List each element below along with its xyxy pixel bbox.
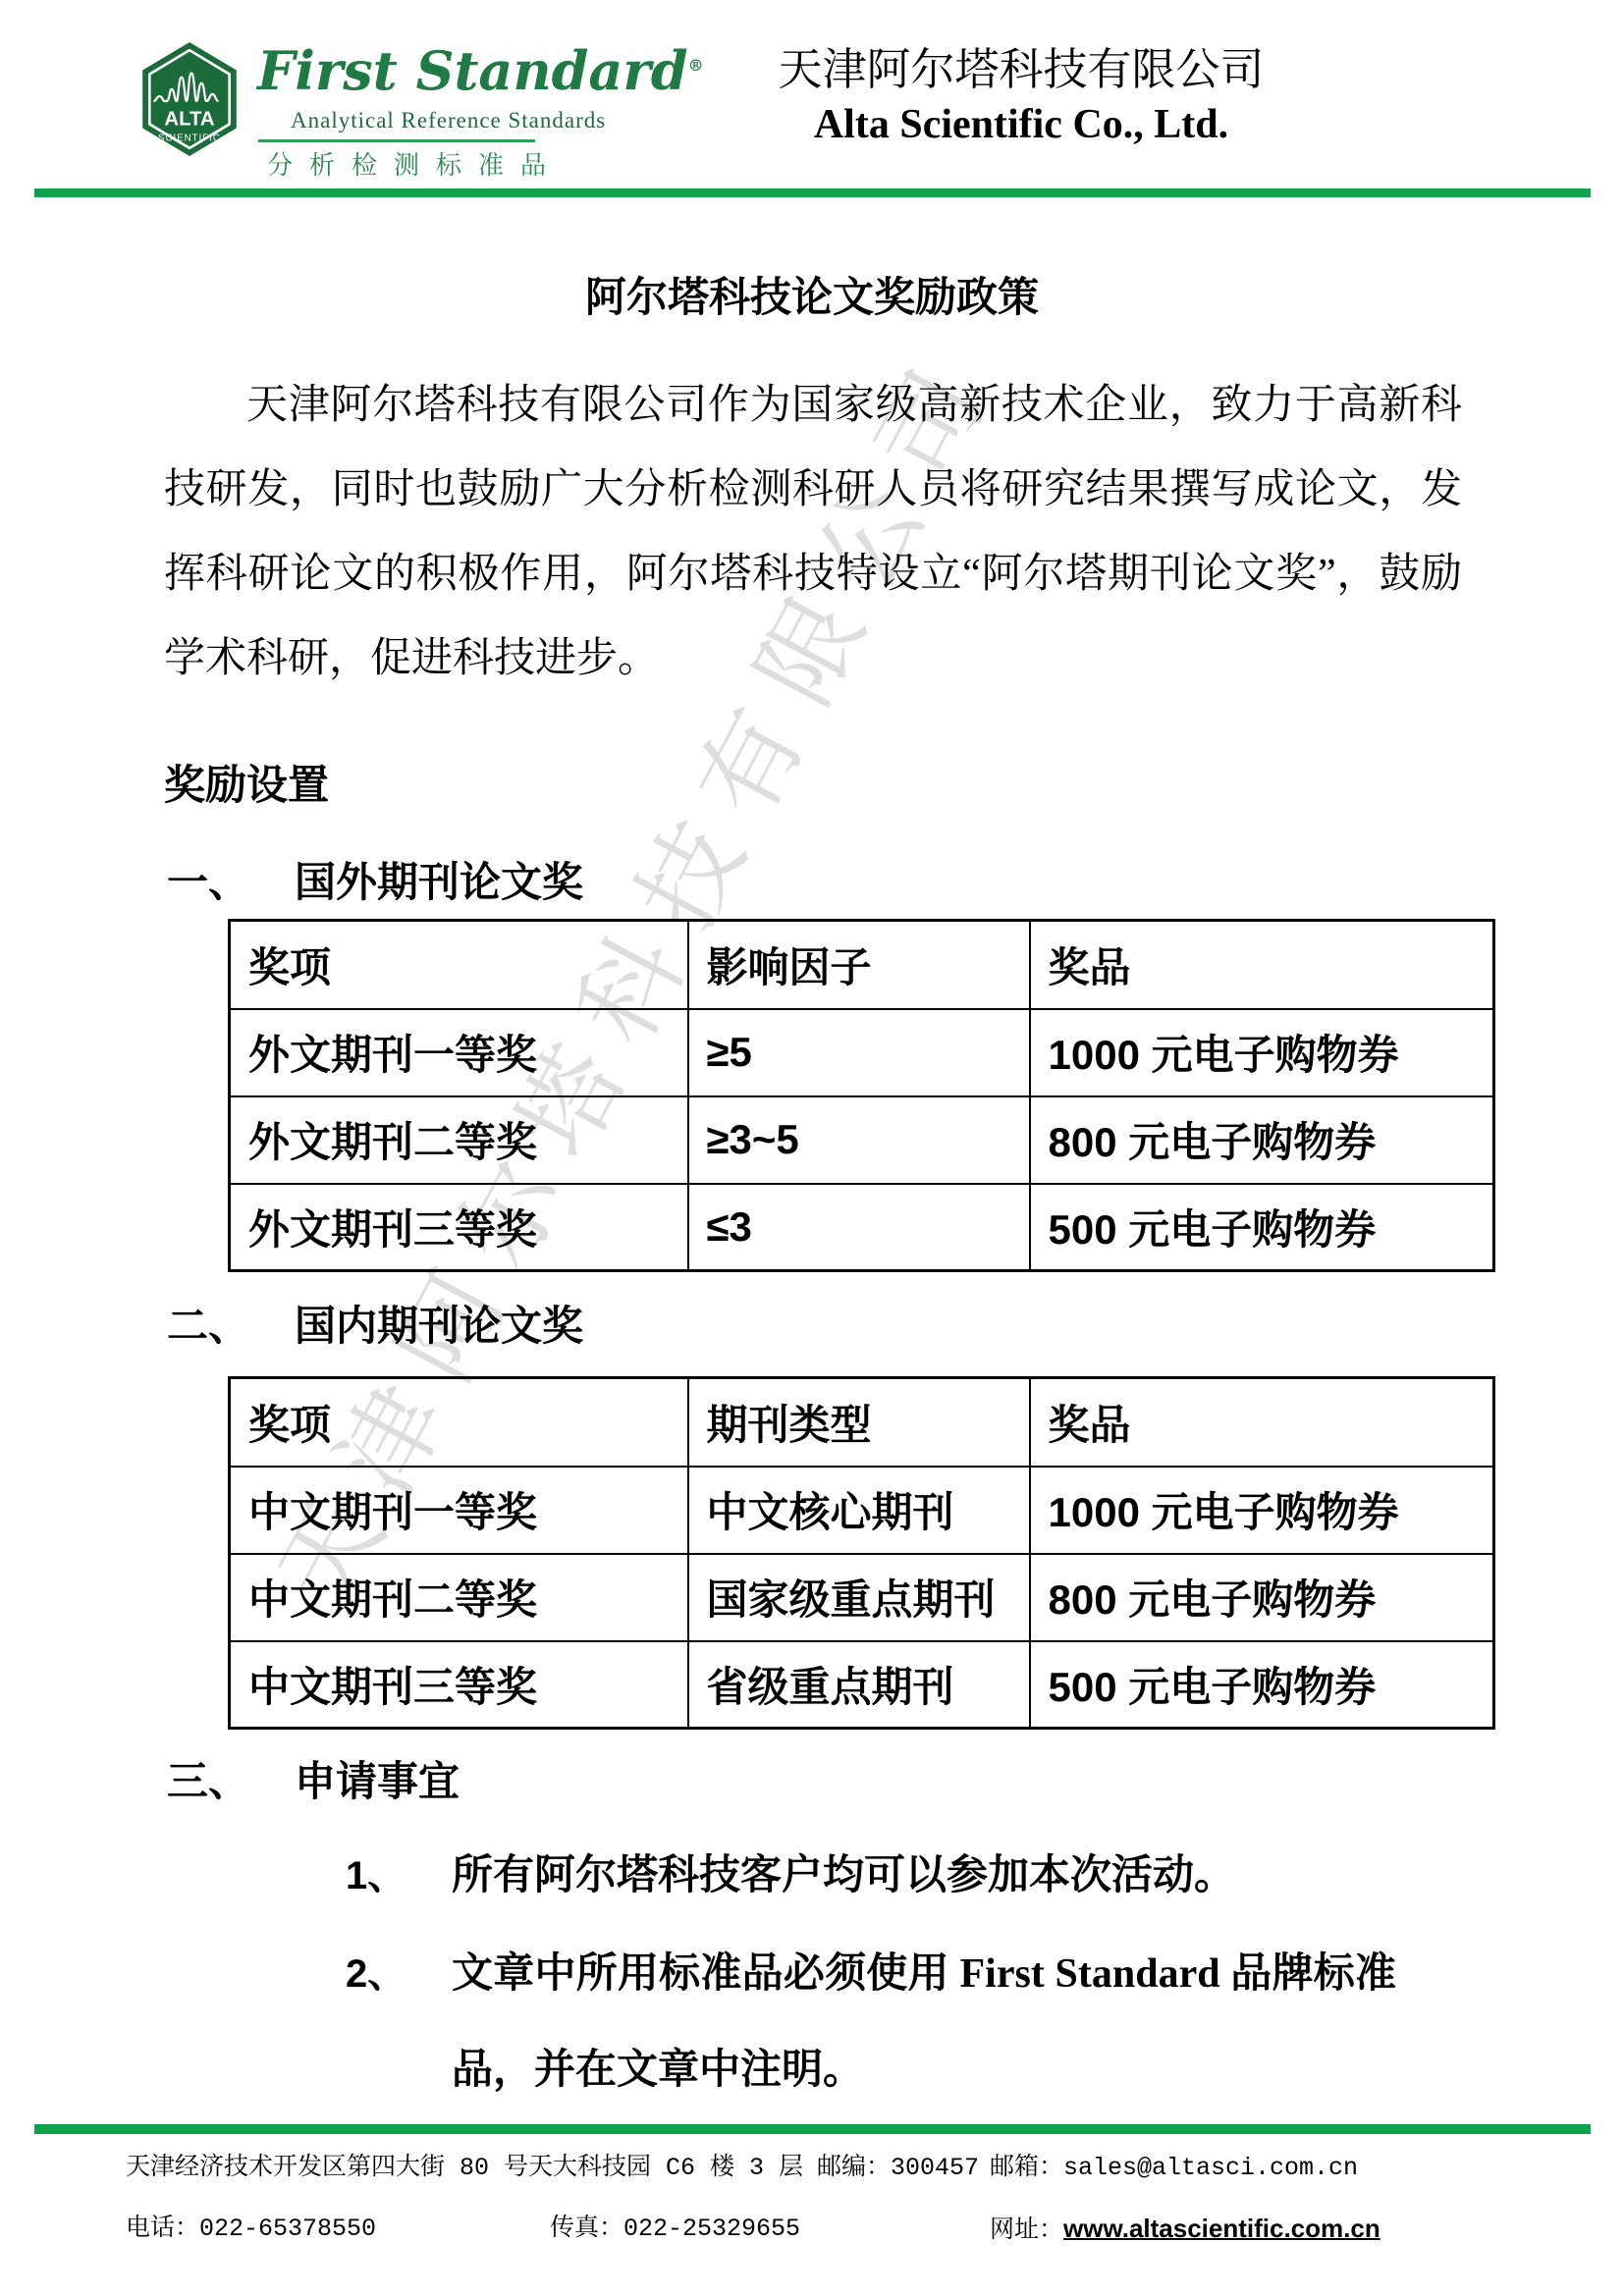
phone-value: 022-65378550 (199, 2215, 376, 2243)
brand-name: First Standard (257, 39, 688, 102)
journal-type-cell: 中文核心期刊 (688, 1467, 1030, 1554)
section-heading-foreign: 一、国外期刊论文奖 (167, 844, 583, 923)
prize-cell: 800 元电子购物券 (1030, 1096, 1494, 1184)
document-page: 天津阿尔塔科技有限公司 ALTA SCIENTIFIC First Standa… (0, 0, 1624, 2296)
award-cell: 中文期刊一等奖 (230, 1467, 688, 1554)
item-number: 1、 (346, 1834, 452, 1918)
email-label: 邮箱： (990, 2154, 1063, 2180)
section-title: 国外期刊论文奖 (295, 861, 583, 906)
domestic-journal-award-table: 奖项 期刊类型 奖品 中文期刊一等奖 中文核心期刊 1000 元电子购物券 中文… (228, 1376, 1495, 1730)
prize-cell: 1000 元电子购物券 (1030, 1467, 1494, 1554)
table-row: 中文期刊三等奖 省级重点期刊 500 元电子购物券 (230, 1641, 1494, 1729)
footer-email: 邮箱：sales@altasci.com.cn (990, 2150, 1358, 2186)
table-row: 外文期刊二等奖 ≥3~5 800 元电子购物券 (230, 1096, 1494, 1184)
award-cell: 外文期刊二等奖 (230, 1096, 688, 1184)
logo-scientific-text: SCIENTIFIC (158, 133, 221, 144)
prize-cell: 1000 元电子购物券 (1030, 1009, 1494, 1096)
award-cell: 中文期刊三等奖 (230, 1641, 688, 1729)
apply-item-2: 2、 文章中所用标准品必须使用 First Standard 品牌标准品，并在文… (346, 1926, 1396, 2118)
impact-factor-cell: ≥5 (688, 1009, 1030, 1096)
phone-label: 电话： (126, 2215, 199, 2241)
item-number: 2、 (346, 1926, 452, 2118)
item-text: 所有阿尔塔科技客户均可以参加本次活动。 (452, 1834, 1396, 1918)
website-link[interactable]: www.altascientific.com.cn (1063, 2214, 1380, 2243)
journal-type-cell: 省级重点期刊 (688, 1641, 1030, 1729)
col-header-award: 奖项 (230, 921, 688, 1009)
award-cell: 外文期刊一等奖 (230, 1009, 688, 1096)
logo-alta-text: ALTA (164, 108, 214, 130)
rewards-setup-label: 奖励设置 (164, 744, 329, 828)
intro-paragraph: 天津阿尔塔科技有限公司作为国家级高新技术企业，致力于高新科技研发，同时也鼓励广大… (164, 363, 1462, 701)
footer-phone: 电话：022-65378550 (126, 2211, 376, 2247)
prize-cell: 500 元电子购物券 (1030, 1641, 1494, 1729)
impact-factor-cell: ≤3 (688, 1184, 1030, 1271)
table-row: 外文期刊三等奖 ≤3 500 元电子购物券 (230, 1184, 1494, 1271)
col-header-prize: 奖品 (1030, 921, 1494, 1009)
table-row: 中文期刊一等奖 中文核心期刊 1000 元电子购物券 (230, 1467, 1494, 1554)
prize-cell: 500 元电子购物券 (1030, 1184, 1494, 1271)
impact-factor-cell: ≥3~5 (688, 1096, 1030, 1184)
web-label: 网址： (990, 2216, 1063, 2243)
col-header-impact-factor: 影响因子 (688, 921, 1030, 1009)
footer-address: 天津经济技术开发区第四大街 80 号天大科技园 C6 楼 3 层邮编：30045… (126, 2150, 979, 2186)
footer-rule (34, 2124, 1591, 2134)
brand-divider (258, 139, 535, 142)
col-header-award: 奖项 (230, 1378, 688, 1467)
prize-cell: 800 元电子购物券 (1030, 1554, 1494, 1641)
email-value: sales@altasci.com.cn (1063, 2154, 1358, 2182)
award-cell: 外文期刊三等奖 (230, 1184, 688, 1271)
postal-code: 300457 (891, 2154, 979, 2182)
section-title: 申请事宜 (295, 1760, 460, 1805)
section-heading-domestic: 二、国内期刊论文奖 (167, 1288, 583, 1366)
section-index: 三、 (167, 1743, 249, 1822)
brand-wordmark: First Standard® (257, 39, 704, 102)
item-text: 文章中所用标准品必须使用 First Standard 品牌标准品，并在文章中注… (452, 1926, 1396, 2118)
journal-type-cell: 国家级重点期刊 (688, 1554, 1030, 1641)
col-header-journal-type: 期刊类型 (688, 1378, 1030, 1467)
table-row: 中文期刊二等奖 国家级重点期刊 800 元电子购物券 (230, 1554, 1494, 1641)
company-name-en: Alta Scientific Co., Ltd. (677, 101, 1365, 148)
alta-logo-icon: ALTA SCIENTIFIC (137, 41, 242, 157)
address-text: 天津经济技术开发区第四大街 80 号天大科技园 C6 楼 3 层 (126, 2154, 803, 2182)
foreign-journal-award-table: 奖项 影响因子 奖品 外文期刊一等奖 ≥5 1000 元电子购物券 外文期刊二等… (228, 919, 1495, 1272)
fax-label: 传真： (550, 2215, 623, 2241)
section-title: 国内期刊论文奖 (295, 1305, 583, 1350)
footer-fax: 传真：022-25329655 (550, 2211, 800, 2247)
document-title: 阿尔塔科技论文奖励政策 (164, 269, 1460, 328)
section-index: 一、 (167, 844, 249, 923)
col-header-prize: 奖品 (1030, 1378, 1494, 1467)
header-rule (34, 188, 1591, 197)
apply-item-1: 1、 所有阿尔塔科技客户均可以参加本次活动。 (346, 1834, 1396, 1918)
postal-label: 邮编： (817, 2154, 891, 2180)
fax-value: 022-25329655 (623, 2215, 800, 2243)
brand-subtitle-cn: 分析检测标准品 (267, 145, 563, 182)
table-header-row: 奖项 期刊类型 奖品 (230, 1378, 1494, 1467)
table-row: 外文期刊一等奖 ≥5 1000 元电子购物券 (230, 1009, 1494, 1096)
section-index: 二、 (167, 1288, 249, 1366)
table-header-row: 奖项 影响因子 奖品 (230, 921, 1494, 1009)
brand-subtitle: Analytical Reference Standards (291, 108, 606, 133)
company-title-block: 天津阿尔塔科技有限公司 Alta Scientific Co., Ltd. (677, 33, 1365, 148)
company-name-cn: 天津阿尔塔科技有限公司 (677, 33, 1365, 97)
section-heading-application: 三、申请事宜 (167, 1743, 460, 1822)
footer-website: 网址：www.altascientific.com.cn (990, 2211, 1380, 2248)
award-cell: 中文期刊二等奖 (230, 1554, 688, 1641)
